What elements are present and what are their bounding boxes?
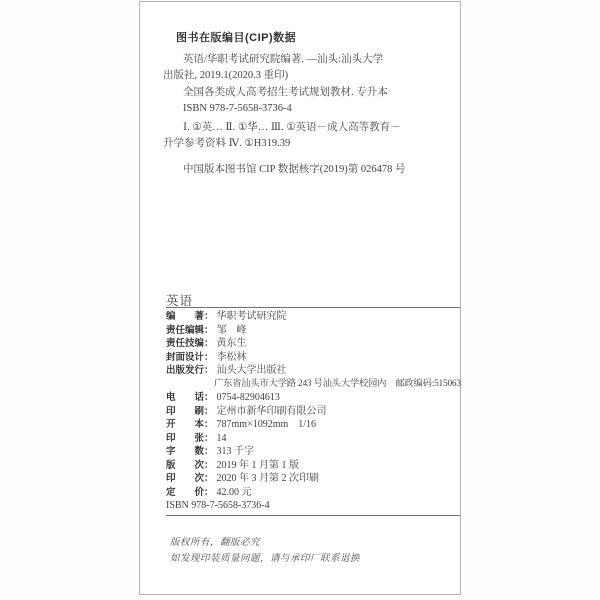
field-label: 封面设计: [166, 351, 204, 365]
colophon-row: 字数：313 千字: [166, 445, 461, 459]
cip-classification: Ⅰ. ①英… Ⅱ. ①华… Ⅲ. ①英语－成人高等教育－ 升学参考资料 Ⅳ. ①…: [163, 120, 401, 153]
field-colon: ：: [204, 392, 214, 403]
colophon-rows-top: 编著：华职考试研究院 责任编辑：邹 峰 责任技编：黄东生 封面设计：李松林 出版…: [166, 310, 461, 378]
field-value: 李松林: [217, 352, 247, 363]
field-value: 42.00 元: [217, 487, 252, 498]
field-label: 印张: [166, 432, 204, 446]
colophon-row: 版次：2019 年 1 月第 1 版: [166, 459, 461, 473]
field-colon: ：: [204, 433, 214, 444]
cip-entry-line: 英语/华职考试研究院编著. —汕头:汕头大学: [163, 52, 388, 68]
colophon-row: 出版发行：汕头大学出版社: [166, 364, 461, 378]
publisher-address: 广东省汕头市大学路 243 号汕头大学校园内 邮政编码:515063: [166, 378, 461, 392]
cip-record-line: 中国版本图书馆 CIP 数据核字(2019)第 026478 号: [163, 161, 405, 176]
field-label: 开本: [166, 418, 204, 432]
divider: [166, 307, 460, 308]
colophon-row: 定价：42.00 元: [166, 486, 461, 500]
field-label: 版次: [166, 459, 204, 473]
cip-entry-line: 出版社, 2019.1(2020.3 重印): [163, 68, 388, 84]
cip-record: 中国版本图书馆 CIP 数据核字(2019)第 026478 号: [163, 161, 405, 176]
colophon-row: 电话：0754-82904613: [166, 391, 461, 405]
colophon-row: 印次：2020 年 3 月第 2 次印刷: [166, 472, 461, 486]
copyright-notices: 版权所有，翻版必究 如发现印装质量问题，请与承印厂联系退换: [170, 536, 360, 568]
field-value: 黄东生: [217, 338, 247, 349]
field-value: 邹 峰: [217, 325, 247, 336]
field-label: 字数: [166, 445, 204, 459]
field-colon: ：: [204, 446, 214, 457]
cip-isbn-line: ISBN 978-7-5658-3736-4: [163, 101, 388, 117]
colophon-row: 开本：787mm×1092mm 1/16: [166, 418, 461, 432]
isbn-line: ISBN 978-7-5658-3736-4: [166, 499, 461, 513]
field-colon: ：: [204, 325, 214, 336]
field-value: 2019 年 1 月第 1 版: [217, 460, 300, 471]
field-label: 责任编辑: [166, 324, 204, 338]
scanned-copyright-page: 图书在版编目(CIP)数据 英语/华职考试研究院编著. —汕头:汕头大学 出版社…: [0, 0, 600, 600]
field-label: 印次: [166, 472, 204, 486]
field-colon: ：: [204, 311, 214, 322]
field-label: 印刷: [166, 405, 204, 419]
colophon-rows: 编著：华职考试研究院 责任编辑：邹 峰 责任技编：黄东生 封面设计：李松林 出版…: [166, 310, 461, 513]
field-colon: ：: [204, 352, 214, 363]
notice-line: 版权所有，翻版必究: [170, 536, 360, 552]
divider: [166, 515, 460, 516]
field-colon: ：: [204, 338, 214, 349]
colophon-row: 印刷：定州市新华印刷有限公司: [166, 405, 461, 419]
notice-line: 如发现印装质量问题，请与承印厂联系退换: [170, 552, 360, 568]
field-label: 电话: [166, 391, 204, 405]
field-colon: ：: [204, 406, 214, 417]
colophon-rows-bottom: 电话：0754-82904613 印刷：定州市新华印刷有限公司 开本：787mm…: [166, 391, 461, 499]
cip-class-line: Ⅰ. ①英… Ⅱ. ①华… Ⅲ. ①英语－成人高等教育－: [163, 120, 401, 136]
field-colon: ：: [204, 487, 214, 498]
field-label: 责任技编: [166, 337, 204, 351]
cip-entry: 英语/华职考试研究院编著. —汕头:汕头大学 出版社, 2019.1(2020.…: [163, 52, 388, 118]
colophon-row: 责任技编：黄东生: [166, 337, 461, 351]
book-page: 图书在版编目(CIP)数据 英语/华职考试研究院编著. —汕头:汕头大学 出版社…: [139, 1, 461, 595]
field-value: 0754-82904613: [217, 392, 280, 403]
field-colon: ：: [204, 365, 214, 376]
field-label: 定价: [166, 486, 204, 500]
field-value: 定州市新华印刷有限公司: [217, 406, 327, 417]
cip-entry-line: 全国各类成人高考招生考试规划教材. 专升本: [163, 85, 388, 101]
field-colon: ：: [204, 473, 214, 484]
colophon-row: 责任编辑：邹 峰: [166, 324, 461, 338]
cip-title: 图书在版编目(CIP)数据: [176, 29, 296, 45]
field-colon: ：: [204, 460, 214, 471]
cip-class-line: 升学参考资料 Ⅳ. ①H319.39: [163, 136, 401, 152]
field-label: 编著: [166, 310, 204, 324]
field-value: 2020 年 3 月第 2 次印刷: [217, 473, 320, 484]
field-value: 313 千字: [217, 446, 255, 457]
field-value: 汕头大学出版社: [217, 365, 287, 376]
field-value: 14: [217, 433, 227, 444]
field-value: 华职考试研究院: [217, 311, 287, 322]
colophon-row: 编著：华职考试研究院: [166, 310, 461, 324]
colophon-row: 印张：14: [166, 432, 461, 446]
field-colon: ：: [204, 419, 214, 430]
field-value: 787mm×1092mm 1/16: [217, 419, 317, 430]
colophon-row: 封面设计：李松林: [166, 351, 461, 365]
field-label: 出版发行: [166, 364, 204, 378]
